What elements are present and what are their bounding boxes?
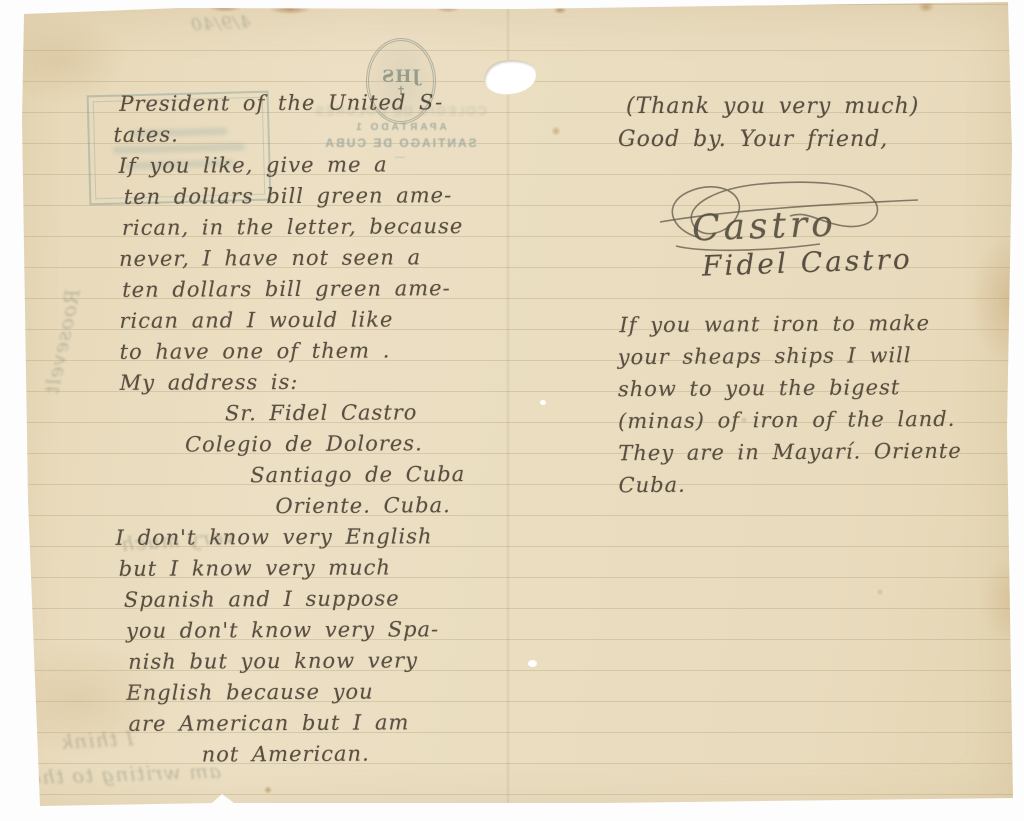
handwritten-line: not American.: [202, 738, 467, 770]
handwritten-line: President of the United S-: [119, 87, 463, 120]
handwritten-line: but I know very much: [119, 552, 466, 585]
handwritten-line-address: Colegio de Dolores.: [185, 428, 465, 460]
handwritten-line: show to you the bigest: [618, 371, 962, 405]
paper-speck: [540, 400, 546, 405]
handwritten-line: If you want iron to make: [619, 307, 961, 341]
handwritten-line: ten dollars bill green ame-: [122, 273, 464, 306]
handwritten-line-address: Sr. Fidel Castro: [225, 397, 465, 429]
photo-of-letter: 4/9/40 JHS ✝ COLEGIO DE DOLORES APARTADO…: [0, 0, 1024, 821]
handwritten-line: your sheaps ships I will: [618, 339, 962, 373]
letter-paper: 4/9/40 JHS ✝ COLEGIO DE DOLORES APARTADO…: [0, 0, 1024, 821]
handwritten-line: Cuba.: [618, 467, 962, 501]
handwritten-line: to have one of them .: [120, 335, 465, 368]
handwritten-line: I don't know very English: [115, 521, 465, 554]
handwritten-line: rican, in the letter, because: [122, 211, 464, 244]
handwritten-line-address: Oriente. Cuba.: [275, 490, 465, 522]
right-page-closing: (Thank you very much) Good by. Your frie…: [618, 90, 919, 156]
paper-speck: [528, 660, 537, 667]
handwritten-line: My address is:: [120, 366, 465, 399]
left-page-text: President of the United S- tates. If you…: [113, 87, 467, 771]
handwritten-line-address: Santiago de Cuba: [250, 459, 465, 491]
handwritten-line: tates.: [113, 118, 463, 151]
handwritten-line: ten dollars bill green ame-: [124, 180, 464, 213]
signature-surname: Castro: [691, 203, 837, 249]
center-fold-crease: [506, 0, 510, 821]
handwritten-line: Good by. Your friend,: [618, 123, 919, 156]
handwritten-line: never, I have not seen a: [119, 242, 464, 275]
handwritten-line: English because you: [126, 676, 466, 709]
signature-block: Castro Fidel Castro: [640, 160, 960, 290]
handwritten-line: Spanish and I suppose: [124, 583, 466, 616]
handwritten-line: (Thank you very much): [626, 90, 919, 123]
handwritten-line: rican and I would like: [119, 304, 464, 337]
handwritten-line: If you like, give me a: [119, 149, 464, 182]
handwritten-line: you don't know very Spa-: [126, 614, 466, 647]
handwritten-line: nish but you know very: [128, 645, 466, 678]
top-edge-annotation-showthrough: 4/9/40: [190, 12, 252, 35]
handwritten-line: (minas) of iron of the land.: [618, 403, 962, 437]
right-page-postscript: If you want iron to make your sheaps shi…: [617, 307, 962, 501]
handwritten-line: They are in Mayarí. Oriente: [618, 435, 962, 469]
seal-monogram: JHS: [381, 67, 420, 87]
handwritten-line: are American but I am: [128, 707, 466, 740]
